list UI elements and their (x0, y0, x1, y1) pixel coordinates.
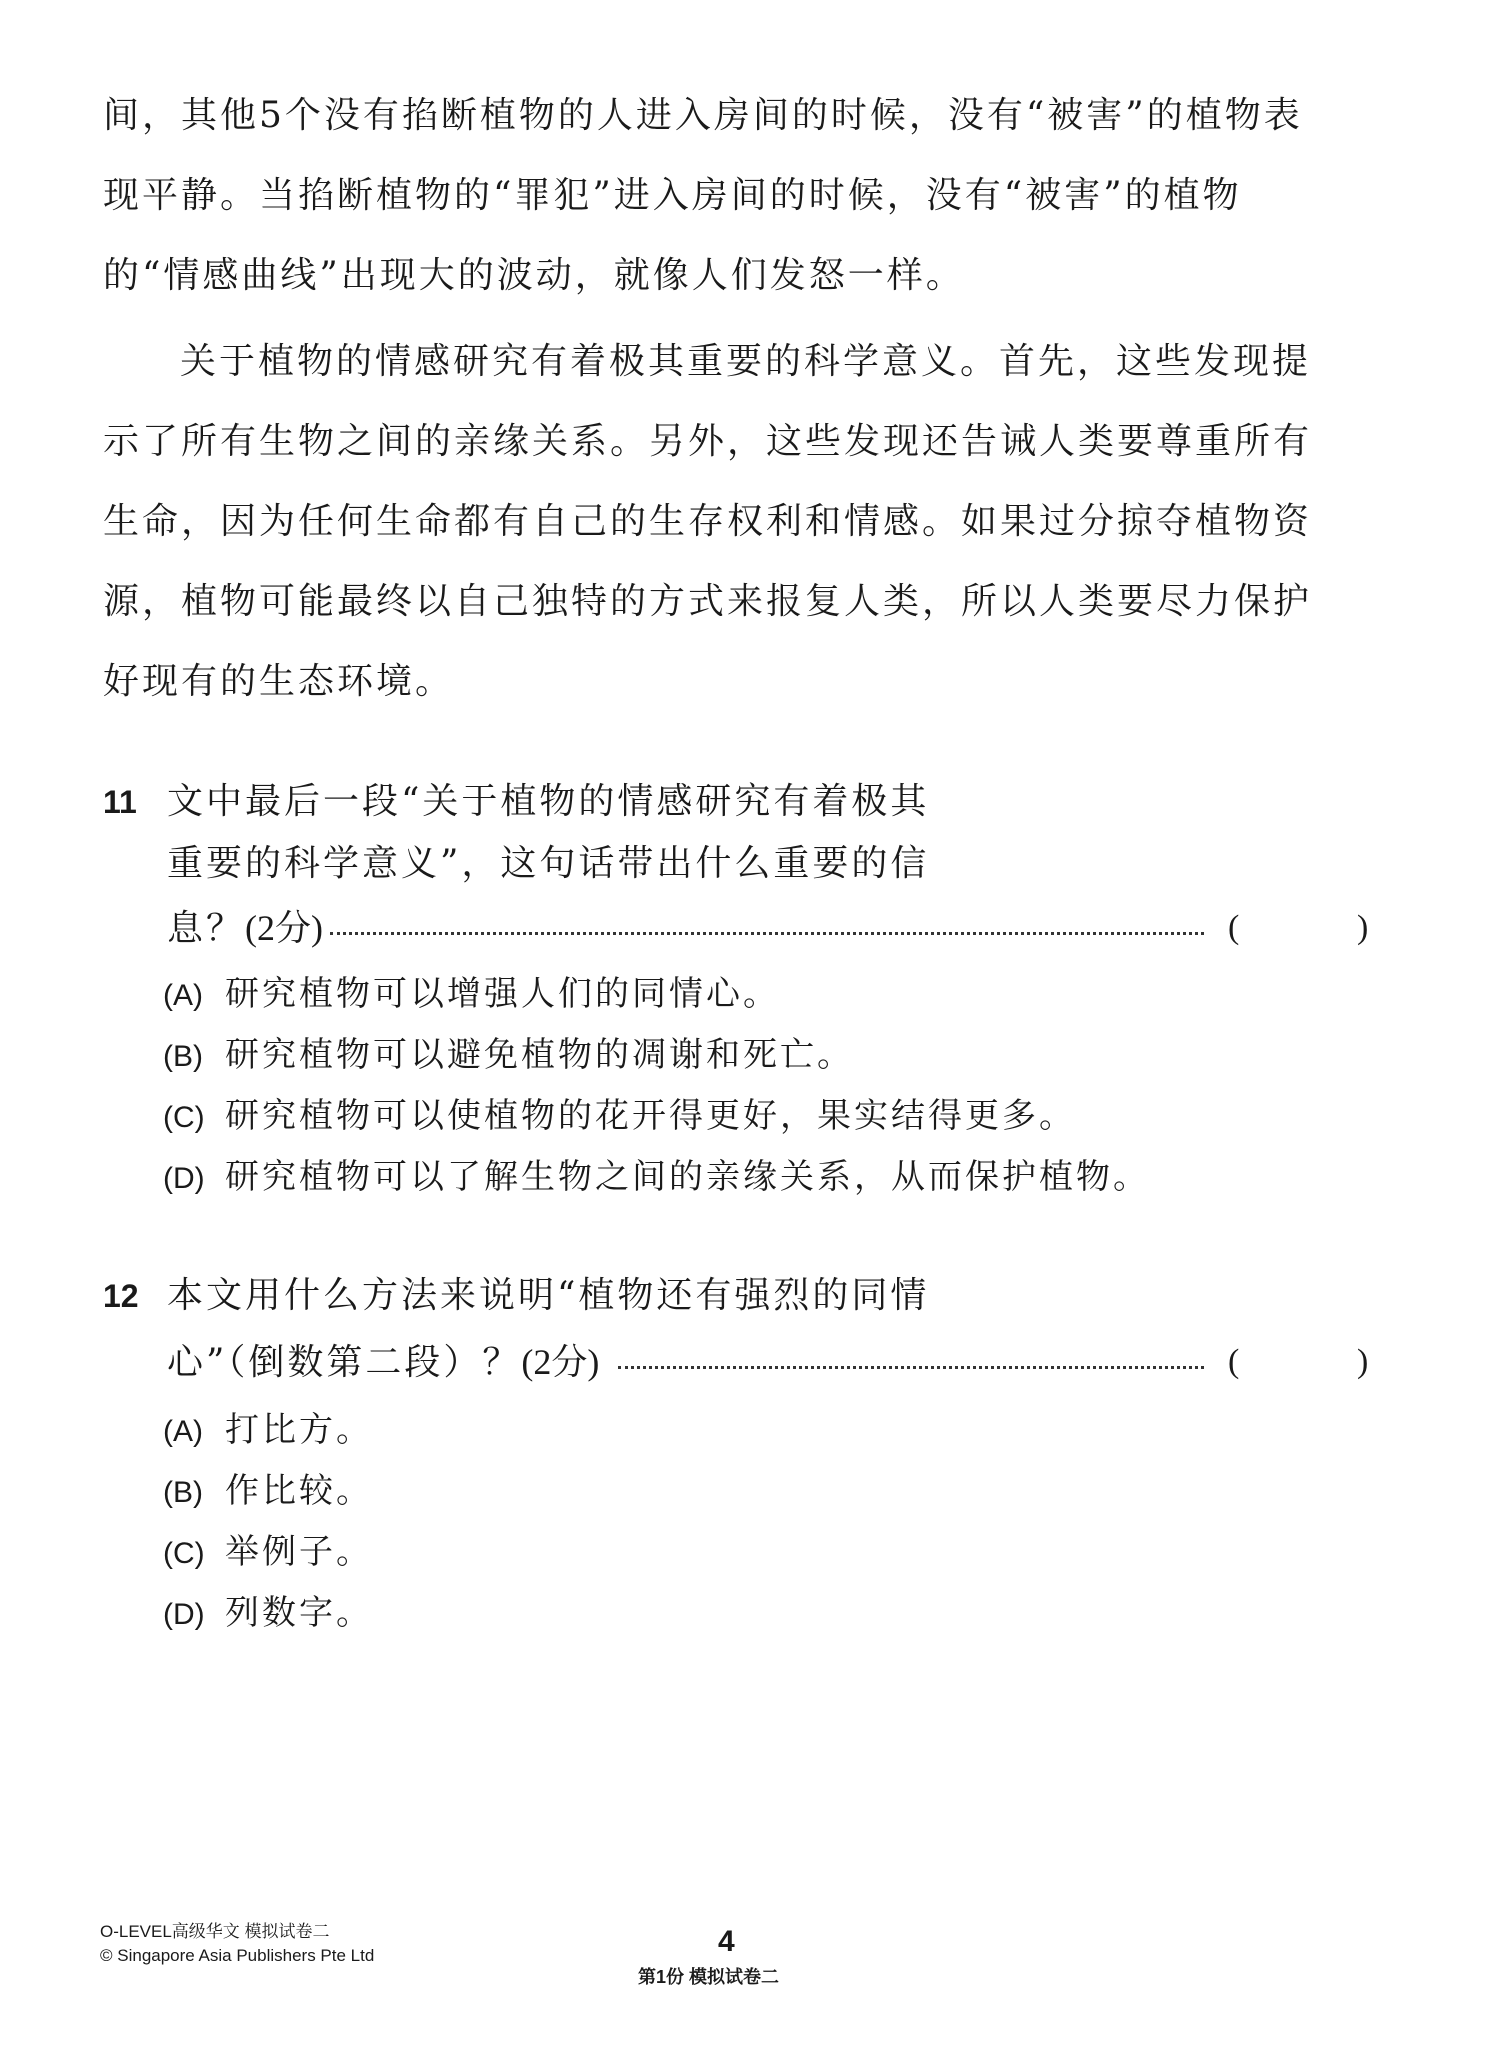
option-label: (C) (163, 1530, 225, 1578)
question-text-line: 心”（倒数第二段）？(2分) (167, 1338, 599, 1387)
question-number: 11 (103, 778, 137, 826)
option-label: (A) (163, 972, 225, 1020)
option-text: 研究植物可以增强人们的同情心。 (225, 974, 780, 1014)
page-number: 4 (718, 1925, 735, 1959)
option-label: (B) (163, 1469, 225, 1517)
option-text: 作比较。 (225, 1471, 373, 1511)
passage-line: 好现有的生态环境。 (103, 658, 454, 706)
option-text: 举例子。 (225, 1532, 373, 1572)
answer-bracket-close: ) (1357, 904, 1368, 952)
option-b: (B)作比较。 (163, 1467, 373, 1517)
question-text: 心”（倒数第二段）？ (167, 1342, 521, 1383)
answer-bracket-open: ( (1228, 1338, 1239, 1386)
dotted-leader (330, 932, 1204, 935)
answer-bracket-open: ( (1228, 904, 1239, 952)
option-d: (D)研究植物可以了解生物之间的亲缘关系，从而保护植物。 (163, 1153, 1150, 1203)
option-b: (B)研究植物可以避免植物的凋谢和死亡。 (163, 1031, 854, 1081)
question-text-line: 重要的科学意义”，这句话带出什么重要的信 (167, 840, 929, 888)
section-label: 第1份 模拟试卷二 (638, 1963, 779, 1989)
passage-line: 关于植物的情感研究有着极其重要的科学意义。首先，这些发现提 (180, 338, 1311, 386)
option-c: (C)举例子。 (163, 1528, 373, 1578)
option-d: (D)列数字。 (163, 1589, 373, 1639)
footer-publisher: O-LEVEL高级华文 模拟试卷二 © Singapore Asia Publi… (100, 1920, 374, 1968)
copyright: © Singapore Asia Publishers Pte Ltd (100, 1944, 374, 1968)
option-a: (A)研究植物可以增强人们的同情心。 (163, 970, 780, 1020)
option-text: 打比方。 (225, 1410, 373, 1450)
question-text-line: 息？(2分) (167, 904, 323, 953)
option-label: (B) (163, 1033, 225, 1081)
option-a: (A)打比方。 (163, 1406, 373, 1456)
option-c: (C)研究植物可以使植物的花开得更好，果实结得更多。 (163, 1092, 1076, 1142)
option-text: 研究植物可以避免植物的凋谢和死亡。 (225, 1035, 854, 1075)
question-number: 12 (103, 1272, 139, 1320)
passage-line: 示了所有生物之间的亲缘关系。另外，这些发现还告诫人类要尊重所有 (103, 418, 1312, 466)
question-marks: (2分) (245, 908, 323, 948)
option-text: 列数字。 (225, 1593, 373, 1633)
question-text: 息？ (167, 908, 245, 949)
dotted-leader (618, 1366, 1204, 1369)
option-label: (C) (163, 1094, 225, 1142)
passage-line: 源，植物可能最终以自己独特的方式来报复人类，所以人类要尽力保护 (103, 578, 1312, 626)
question-marks: (2分) (521, 1342, 599, 1382)
question-text-line: 文中最后一段“关于植物的情感研究有着极其 (167, 778, 929, 826)
book-title: O-LEVEL高级华文 模拟试卷二 (100, 1920, 374, 1944)
question-text-line: 本文用什么方法来说明“植物还有强烈的同情 (167, 1272, 929, 1320)
option-label: (A) (163, 1408, 225, 1456)
answer-bracket-close: ) (1357, 1338, 1368, 1386)
passage-line: 间，其他5个没有掐断植物的人进入房间的时候，没有“被害”的植物表 (103, 92, 1303, 140)
option-label: (D) (163, 1591, 225, 1639)
option-label: (D) (163, 1155, 225, 1203)
option-text: 研究植物可以使植物的花开得更好，果实结得更多。 (225, 1096, 1076, 1136)
passage-line: 的“情感曲线”出现大的波动，就像人们发怒一样。 (103, 252, 965, 300)
passage-line: 现平静。当掐断植物的“罪犯”进入房间的时候，没有“被害”的植物 (103, 172, 1242, 220)
passage-line: 生命，因为任何生命都有自己的生存权利和情感。如果过分掠夺植物资 (103, 498, 1312, 546)
option-text: 研究植物可以了解生物之间的亲缘关系，从而保护植物。 (225, 1157, 1150, 1197)
